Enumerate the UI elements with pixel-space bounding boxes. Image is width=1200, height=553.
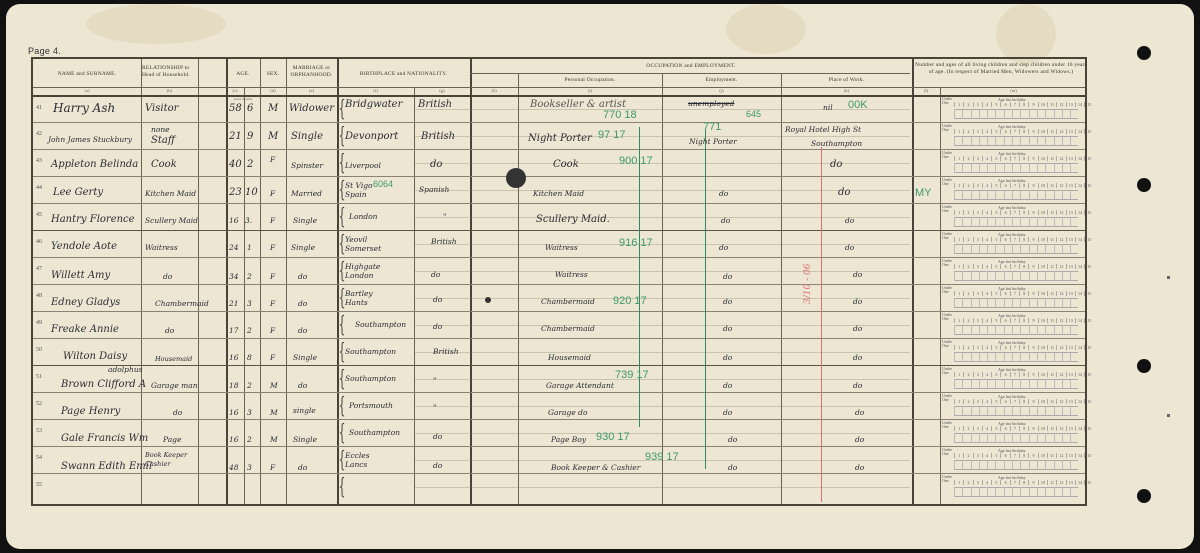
row-number: 49 — [36, 320, 42, 326]
nationality-cell: British — [418, 99, 452, 110]
age-box — [979, 352, 987, 362]
age-box — [1062, 433, 1070, 443]
occupation-code: 920 17 — [613, 295, 647, 307]
age-number: 10 — [1038, 291, 1047, 296]
under-one-label: Under One — [942, 421, 954, 429]
age-box — [987, 271, 995, 281]
employment-cell: do — [728, 463, 737, 472]
occupation-cell: Waitress — [545, 243, 578, 252]
under-one-label: Under One — [942, 205, 954, 213]
sex-cell: F — [270, 463, 275, 472]
age-numbers: 123456789101112131415 — [954, 399, 1093, 404]
relationship-cell: Garage man — [151, 381, 198, 390]
age-number: 3 — [973, 399, 982, 404]
age-number: 14 — [1075, 129, 1084, 134]
age-box — [1020, 460, 1028, 470]
age-number: 15 — [1084, 318, 1093, 323]
age-number: 2 — [963, 291, 972, 296]
age-number: 15 — [1084, 102, 1093, 107]
age-box — [962, 190, 970, 200]
age-boxes — [954, 298, 1078, 308]
age-number: 15 — [1084, 291, 1093, 296]
age-box — [1045, 460, 1053, 470]
age-number: 8 — [1019, 291, 1028, 296]
age-box — [1054, 406, 1062, 416]
children-age-grid: Under OneAge last birthday.1234567891011… — [940, 97, 1087, 123]
age-number: 11 — [1047, 453, 1056, 458]
age-box — [987, 244, 995, 254]
age-box — [1020, 352, 1028, 362]
age-number: 3 — [973, 237, 982, 242]
birthplace-cell: Eccles Lancs — [345, 451, 385, 469]
age-number: 15 — [1084, 426, 1093, 431]
age-number: 1 — [954, 183, 963, 188]
age-box — [1012, 406, 1020, 416]
under-one-label: Under One — [942, 286, 954, 294]
age-box — [995, 136, 1003, 146]
age-number: 5 — [991, 210, 1000, 215]
age-box — [1037, 298, 1045, 308]
age-boxes — [954, 460, 1078, 470]
age-number: 8 — [1019, 426, 1028, 431]
age-box — [1070, 379, 1078, 389]
age-number: 14 — [1075, 426, 1084, 431]
age-box — [979, 244, 987, 254]
name-cell: Lee Gerty — [53, 187, 103, 198]
age-number: 9 — [1028, 264, 1037, 269]
age-years-cell: 58 — [229, 103, 242, 114]
age-box — [1029, 109, 1037, 119]
age-box — [954, 352, 962, 362]
age-box — [1070, 271, 1078, 281]
age-box — [1020, 136, 1028, 146]
age-number: 12 — [1056, 291, 1065, 296]
age-box — [1012, 352, 1020, 362]
age-box — [979, 217, 987, 227]
age-number: 14 — [1075, 156, 1084, 161]
birthplace-code: 6064 — [373, 179, 393, 189]
age-box — [1054, 271, 1062, 281]
age-box — [954, 271, 962, 281]
age-box — [1004, 136, 1012, 146]
age-box — [971, 163, 979, 173]
age-box — [1054, 163, 1062, 173]
age-number: 12 — [1056, 399, 1065, 404]
age-box — [954, 136, 962, 146]
birthplace-cell: Bridgwater — [345, 99, 402, 110]
age-number: 2 — [963, 183, 972, 188]
age-box — [1020, 298, 1028, 308]
age-box — [1004, 298, 1012, 308]
red-pencil-note: 3/10 - 06 — [803, 264, 813, 304]
age-box — [995, 352, 1003, 362]
brace: { — [339, 126, 346, 148]
age-box — [1012, 298, 1020, 308]
employment-cell: do — [723, 353, 732, 362]
place-of-work-cell: do — [853, 381, 862, 390]
row-number: 46 — [36, 239, 42, 245]
nationality-cell: British — [433, 347, 459, 356]
age-box — [1004, 433, 1012, 443]
age-box — [1029, 460, 1037, 470]
under-one-label: Under One — [942, 448, 954, 456]
age-number: 14 — [1075, 372, 1084, 377]
age-box — [962, 433, 970, 443]
header-age: AGE. — [226, 71, 260, 78]
age-number: 7 — [1010, 345, 1019, 350]
age-box — [1020, 109, 1028, 119]
marriage-cell: Single — [293, 216, 317, 225]
age-box — [954, 406, 962, 416]
relationship-cell: Housemaid — [155, 355, 192, 363]
age-number: 12 — [1056, 156, 1065, 161]
col-divider — [470, 59, 472, 504]
age-number: 11 — [1047, 318, 1056, 323]
name-cell: Gale Francis Wm — [61, 433, 148, 444]
age-number: 13 — [1066, 129, 1075, 134]
place-of-work-cell: nil — [823, 103, 833, 112]
age-box — [1037, 190, 1045, 200]
age-box — [1004, 352, 1012, 362]
age-box — [1037, 406, 1045, 416]
age-numbers: 123456789101112131415 — [954, 372, 1093, 377]
marriage-cell: Single — [291, 131, 323, 142]
age-number: 8 — [1019, 399, 1028, 404]
age-number: 7 — [1010, 210, 1019, 215]
header-rule — [470, 73, 910, 74]
age-number: 7 — [1010, 156, 1019, 161]
place-of-work-cell: Royal Hotel High St — [785, 125, 861, 134]
age-number: 6 — [1000, 210, 1009, 215]
age-box — [987, 109, 995, 119]
age-number: 6 — [1000, 291, 1009, 296]
age-number: 6 — [1000, 264, 1009, 269]
age-box — [1062, 244, 1070, 254]
age-box — [1045, 244, 1053, 254]
age-box — [1029, 190, 1037, 200]
age-boxes — [954, 271, 1078, 281]
children-age-grid: Under OneAge last birthday.1234567891011… — [940, 232, 1087, 258]
children-age-grid: Under OneAge last birthday.1234567891011… — [940, 205, 1087, 231]
relationship-cell: do — [173, 408, 182, 417]
age-box — [1045, 163, 1053, 173]
age-months-cell: 2 — [247, 435, 252, 444]
birthplace-cell: Highgate London — [345, 262, 390, 280]
place-of-work-cell: do — [855, 408, 864, 417]
age-number: 11 — [1047, 183, 1056, 188]
nationality-cell: do — [433, 461, 442, 470]
sex-cell: F — [270, 243, 275, 252]
age-box — [995, 190, 1003, 200]
sex-cell: F — [270, 326, 275, 335]
name-cell: Hantry Florence — [51, 214, 135, 225]
age-box — [1062, 109, 1070, 119]
header-children: Number and ages of all living children a… — [915, 62, 1087, 76]
age-box — [987, 325, 995, 335]
age-number: 3 — [973, 102, 982, 107]
age-box — [1029, 352, 1037, 362]
age-number: 7 — [1010, 129, 1019, 134]
row-number: 42 — [36, 131, 42, 137]
age-number: 1 — [954, 453, 963, 458]
age-number: 11 — [1047, 129, 1056, 134]
age-number: 6 — [1000, 480, 1009, 485]
age-box — [1037, 217, 1045, 227]
age-number: 4 — [982, 210, 991, 215]
age-box — [971, 109, 979, 119]
age-box — [1004, 460, 1012, 470]
brace: { — [339, 477, 346, 499]
age-box — [1020, 163, 1028, 173]
place-of-work-cell: do — [853, 353, 862, 362]
relationship-cell: Book Keeper Cashier — [145, 451, 193, 469]
header-birthplace: BIRTHPLACE and NATIONALITY. — [337, 71, 470, 78]
occupation-cell: Chambermaid — [541, 297, 595, 306]
birthplace-cell: Southampton — [349, 428, 400, 437]
age-months-cell: 6 — [247, 103, 253, 114]
age-number: 3 — [973, 426, 982, 431]
age-box — [954, 433, 962, 443]
nationality-cell: British — [431, 237, 457, 246]
age-number: 13 — [1066, 264, 1075, 269]
age-box — [971, 406, 979, 416]
age-box — [1062, 460, 1070, 470]
age-number: 5 — [991, 183, 1000, 188]
age-number: 7 — [1010, 453, 1019, 458]
age-number: 3 — [973, 480, 982, 485]
age-number: 3 — [973, 453, 982, 458]
age-number: 10 — [1038, 318, 1047, 323]
age-box — [954, 298, 962, 308]
age-number: 11 — [1047, 237, 1056, 242]
age-number: 10 — [1038, 264, 1047, 269]
place-of-work-cell: do — [853, 297, 862, 306]
marriage-cell: Spinster — [291, 161, 323, 170]
age-box — [979, 406, 987, 416]
age-months-cell: 8 — [247, 353, 252, 362]
occupation-code: 739 17 — [615, 369, 649, 381]
age-numbers: 123456789101112131415 — [954, 156, 1093, 161]
occupation-cell: Night Porter — [528, 133, 592, 144]
age-number: 4 — [982, 399, 991, 404]
age-box — [1012, 190, 1020, 200]
age-box — [1004, 190, 1012, 200]
age-box — [1045, 109, 1053, 119]
age-box — [979, 487, 987, 497]
age-number: 5 — [991, 426, 1000, 431]
occupation-cell: Page Boy — [551, 435, 586, 444]
under-one-label: Under One — [942, 259, 954, 267]
age-box — [1020, 244, 1028, 254]
age-number: 8 — [1019, 453, 1028, 458]
age-box — [979, 325, 987, 335]
occupation-cell: Scullery Maid. — [536, 214, 610, 225]
age-box — [1070, 352, 1078, 362]
age-number: 13 — [1066, 156, 1075, 161]
age-box — [1070, 190, 1078, 200]
relationship-cell: Waitress — [145, 243, 178, 252]
age-box — [954, 109, 962, 119]
age-box — [1029, 433, 1037, 443]
row-number: 51 — [36, 374, 42, 380]
age-box — [1029, 136, 1037, 146]
age-number: 1 — [954, 129, 963, 134]
age-box — [971, 271, 979, 281]
age-box — [1062, 217, 1070, 227]
age-number: 3 — [973, 291, 982, 296]
age-box — [1004, 325, 1012, 335]
age-number: 5 — [991, 264, 1000, 269]
brace: { — [339, 396, 346, 418]
marriage-cell: Single — [293, 353, 317, 362]
margin-mark — [1167, 414, 1170, 417]
age-box — [1070, 487, 1078, 497]
age-number: 5 — [991, 318, 1000, 323]
age-boxes — [954, 379, 1078, 389]
occupation-cell: Garage Attendant — [546, 381, 614, 390]
age-number: 12 — [1056, 102, 1065, 107]
col-divider — [518, 73, 519, 504]
row-number: 41 — [36, 105, 42, 111]
age-number: 12 — [1056, 318, 1065, 323]
children-age-grid: Under OneAge last birthday.1234567891011… — [940, 367, 1087, 393]
age-box — [1004, 406, 1012, 416]
age-box — [954, 217, 962, 227]
punch-hole — [1137, 178, 1151, 192]
employment-code: 645 — [746, 109, 761, 119]
age-number: 11 — [1047, 426, 1056, 431]
age-box — [1037, 271, 1045, 281]
age-box — [1054, 325, 1062, 335]
age-number: 14 — [1075, 291, 1084, 296]
paper-stain — [996, 4, 1056, 64]
age-number: 4 — [982, 345, 991, 350]
age-number: 6 — [1000, 237, 1009, 242]
brace: { — [339, 180, 346, 202]
employment-cell: do — [721, 216, 730, 225]
sex-cell: M — [270, 381, 278, 390]
age-number: 6 — [1000, 129, 1009, 134]
age-number: 1 — [954, 264, 963, 269]
age-box — [1020, 190, 1028, 200]
age-boxes — [954, 433, 1078, 443]
relationship-cell: Scullery Maid — [145, 216, 198, 225]
header-place-of-work: Place of Work. — [781, 77, 912, 84]
age-box — [962, 406, 970, 416]
age-months-cell: 3 — [247, 408, 252, 417]
brace: { — [339, 288, 346, 310]
age-number: 10 — [1038, 453, 1047, 458]
age-months-cell: 3 — [247, 463, 252, 472]
age-number: 14 — [1075, 210, 1084, 215]
age-boxes — [954, 352, 1078, 362]
relationship-cell: Page — [163, 435, 181, 444]
children-age-grid: Under OneAge last birthday.1234567891011… — [940, 475, 1087, 501]
nationality-cell: do — [433, 322, 442, 331]
employment-cell: do — [723, 408, 732, 417]
children-age-grid: Under OneAge last birthday.1234567891011… — [940, 448, 1087, 474]
birthplace-cell: Southampton — [345, 374, 396, 383]
age-years-cell: 16 — [229, 216, 239, 225]
name-note: adolphus — [108, 365, 143, 374]
age-box — [1029, 244, 1037, 254]
age-number: 12 — [1056, 210, 1065, 215]
children-age-grid: Under OneAge last birthday.1234567891011… — [940, 394, 1087, 420]
age-number: 14 — [1075, 237, 1084, 242]
age-boxes — [954, 136, 1078, 146]
age-number: 9 — [1028, 372, 1037, 377]
age-boxes — [954, 406, 1078, 416]
age-years-cell: 23 — [229, 187, 242, 198]
age-boxes — [954, 163, 1078, 173]
occupation-cell: Chambermaid — [541, 324, 595, 333]
age-box — [962, 487, 970, 497]
age-box — [1070, 406, 1078, 416]
age-number: 11 — [1047, 399, 1056, 404]
age-number: 2 — [963, 318, 972, 323]
relationship-cell: do — [163, 272, 172, 281]
age-number: 14 — [1075, 264, 1084, 269]
age-number: 11 — [1047, 156, 1056, 161]
age-number: 2 — [963, 237, 972, 242]
brace: { — [339, 369, 346, 391]
age-number: 15 — [1084, 399, 1093, 404]
nationality-cell: " — [433, 376, 436, 385]
name-cell: John James Stuckbury — [48, 135, 132, 144]
age-years-cell: 24 — [229, 243, 239, 252]
age-box — [1004, 379, 1012, 389]
age-number: 11 — [1047, 264, 1056, 269]
age-number: 10 — [1038, 426, 1047, 431]
age-box — [1070, 163, 1078, 173]
age-number: 2 — [963, 345, 972, 350]
brace: { — [339, 261, 346, 283]
side-note: MY — [915, 187, 932, 199]
col-divider — [912, 59, 914, 504]
sex-cell: F — [270, 216, 275, 225]
age-box — [1062, 190, 1070, 200]
age-box — [979, 190, 987, 200]
age-box — [971, 136, 979, 146]
age-box — [1054, 433, 1062, 443]
age-box — [1045, 487, 1053, 497]
age-number: 13 — [1066, 399, 1075, 404]
age-number: 9 — [1028, 426, 1037, 431]
age-months-cell: 1 — [247, 243, 252, 252]
age-box — [987, 379, 995, 389]
age-box — [1029, 271, 1037, 281]
age-number: 5 — [991, 291, 1000, 296]
name-cell: Yendole Aote — [51, 241, 117, 252]
age-number: 14 — [1075, 399, 1084, 404]
age-box — [1004, 244, 1012, 254]
age-number: 6 — [1000, 372, 1009, 377]
age-number: 1 — [954, 210, 963, 215]
employment-cell: do — [723, 324, 732, 333]
age-number: 1 — [954, 102, 963, 107]
age-number: 7 — [1010, 318, 1019, 323]
age-box — [962, 109, 970, 119]
employment-cell: unemployed — [688, 99, 734, 108]
age-number: 6 — [1000, 183, 1009, 188]
children-age-grid: Under OneAge last birthday.1234567891011… — [940, 340, 1087, 366]
age-number: 13 — [1066, 480, 1075, 485]
age-months-cell: 3. — [245, 216, 252, 225]
age-box — [1045, 136, 1053, 146]
age-numbers: 123456789101112131415 — [954, 264, 1093, 269]
age-numbers: 123456789101112131415 — [954, 291, 1093, 296]
age-number: 12 — [1056, 372, 1065, 377]
